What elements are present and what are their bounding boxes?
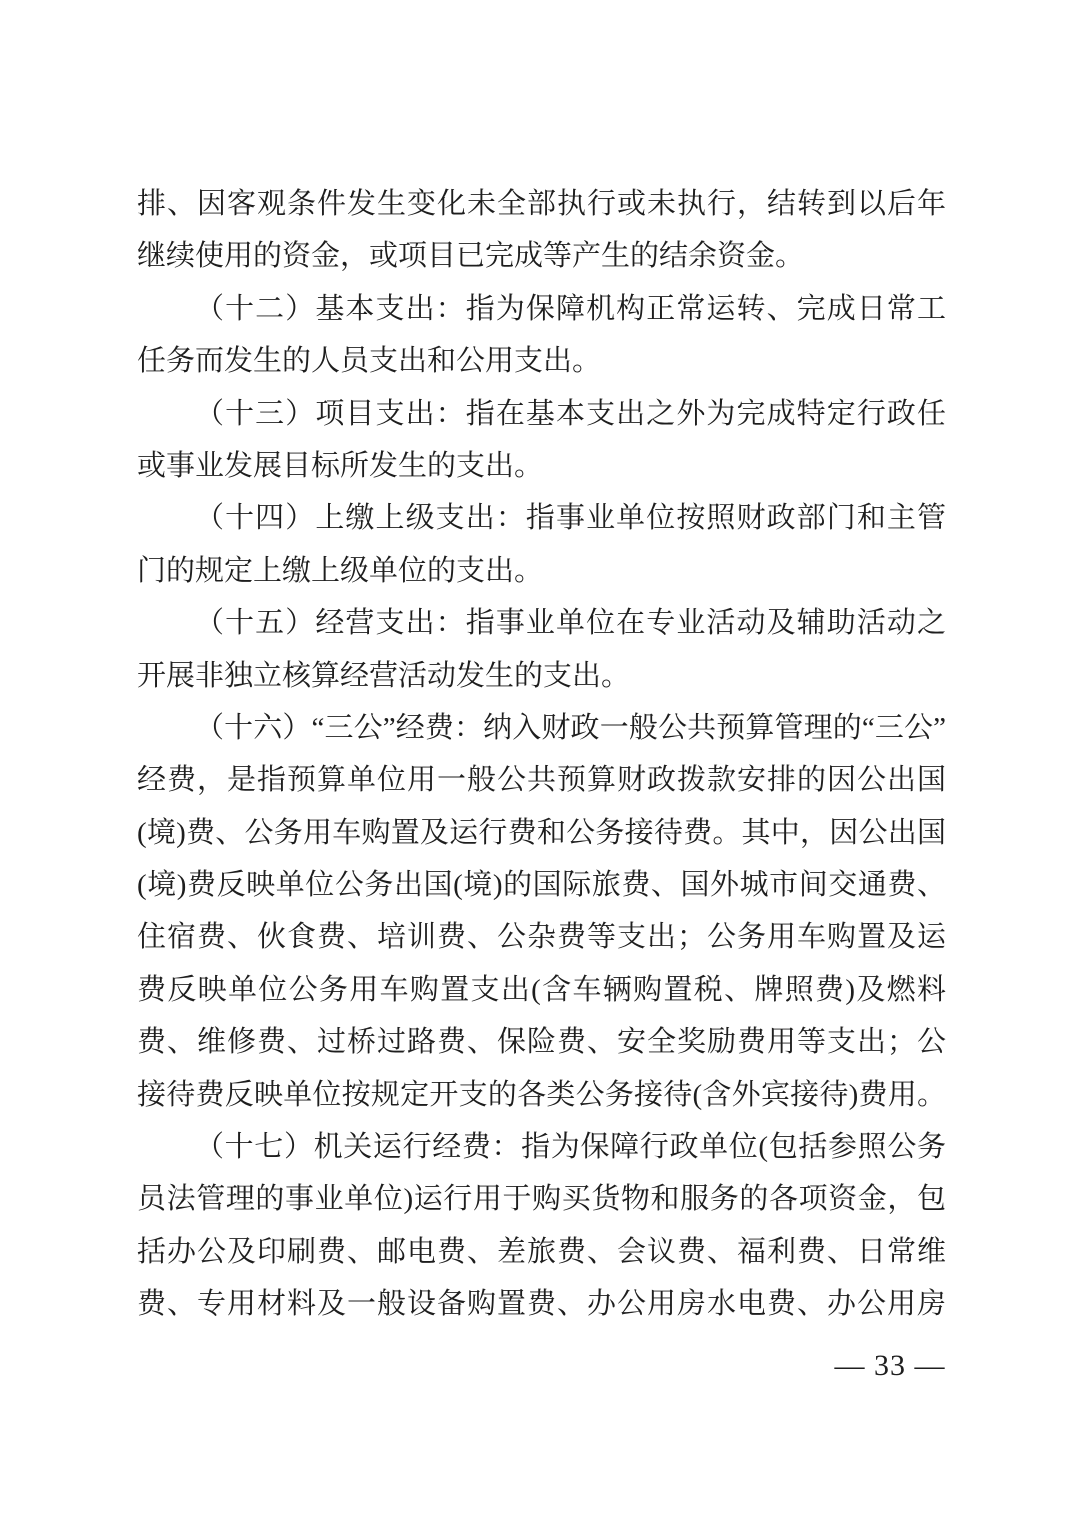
text-line: （十三）项目支出：指在基本支出之外为完成特定行政任务 [137,388,946,440]
text-line: 继续使用的资金，或项目已完成等产生的结余资金。 [137,230,946,282]
text-line: 经费，是指预算单位用一般公共预算财政拨款安排的因公出国 [137,754,946,806]
text-line: 员法管理的事业单位)运行用于购买货物和服务的各项资金，包 [137,1173,946,1225]
text-line: 费反映单位公务用车购置支出(含车辆购置税、牌照费)及燃料 [137,964,946,1016]
text-line: 括办公及印刷费、邮电费、差旅费、会议费、福利费、日常维修 [137,1226,946,1278]
text-line: 费、维修费、过桥过路费、保险费、安全奖励费用等支出；公务 [137,1016,946,1068]
text-line: （十六）“三公”经费：纳入财政一般公共预算管理的“三公” [137,702,946,754]
text-line: （十四）上缴上级支出：指事业单位按照财政部门和主管部 [137,492,946,544]
text-line: 排、因客观条件发生变化未全部执行或未执行，结转到以后年度 [137,178,946,230]
page-number: — 33 — [790,1346,990,1386]
text-line: 费、专用材料及一般设备购置费、办公用房水电费、办公用房取 [137,1278,946,1330]
text-line: (境)费反映单位公务出国(境)的国际旅费、国外城市间交通费、 [137,859,946,911]
text-line: 任务而发生的人员支出和公用支出。 [137,335,946,387]
text-line: （十二）基本支出：指为保障机构正常运转、完成日常工作 [137,283,946,335]
text-line: 住宿费、伙食费、培训费、公杂费等支出；公务用车购置及运行 [137,911,946,963]
text-line: 接待费反映单位按规定开支的各类公务接待(含外宾接待)费用。 [137,1069,946,1121]
text-line: 门的规定上缴上级单位的支出。 [137,545,946,597]
document-body: 排、因客观条件发生变化未全部执行或未执行，结转到以后年度 继续使用的资金，或项目… [137,178,946,1331]
text-line: 或事业发展目标所发生的支出。 [137,440,946,492]
document-page: 排、因客观条件发生变化未全部执行或未执行，结转到以后年度 继续使用的资金，或项目… [0,0,1074,1520]
text-line: 开展非独立核算经营活动发生的支出。 [137,650,946,702]
text-line: （十五）经营支出：指事业单位在专业活动及辅助活动之外 [137,597,946,649]
text-line: (境)费、公务用车购置及运行费和公务接待费。其中，因公出国 [137,807,946,859]
text-line: （十七）机关运行经费：指为保障行政单位(包括参照公务 [137,1121,946,1173]
